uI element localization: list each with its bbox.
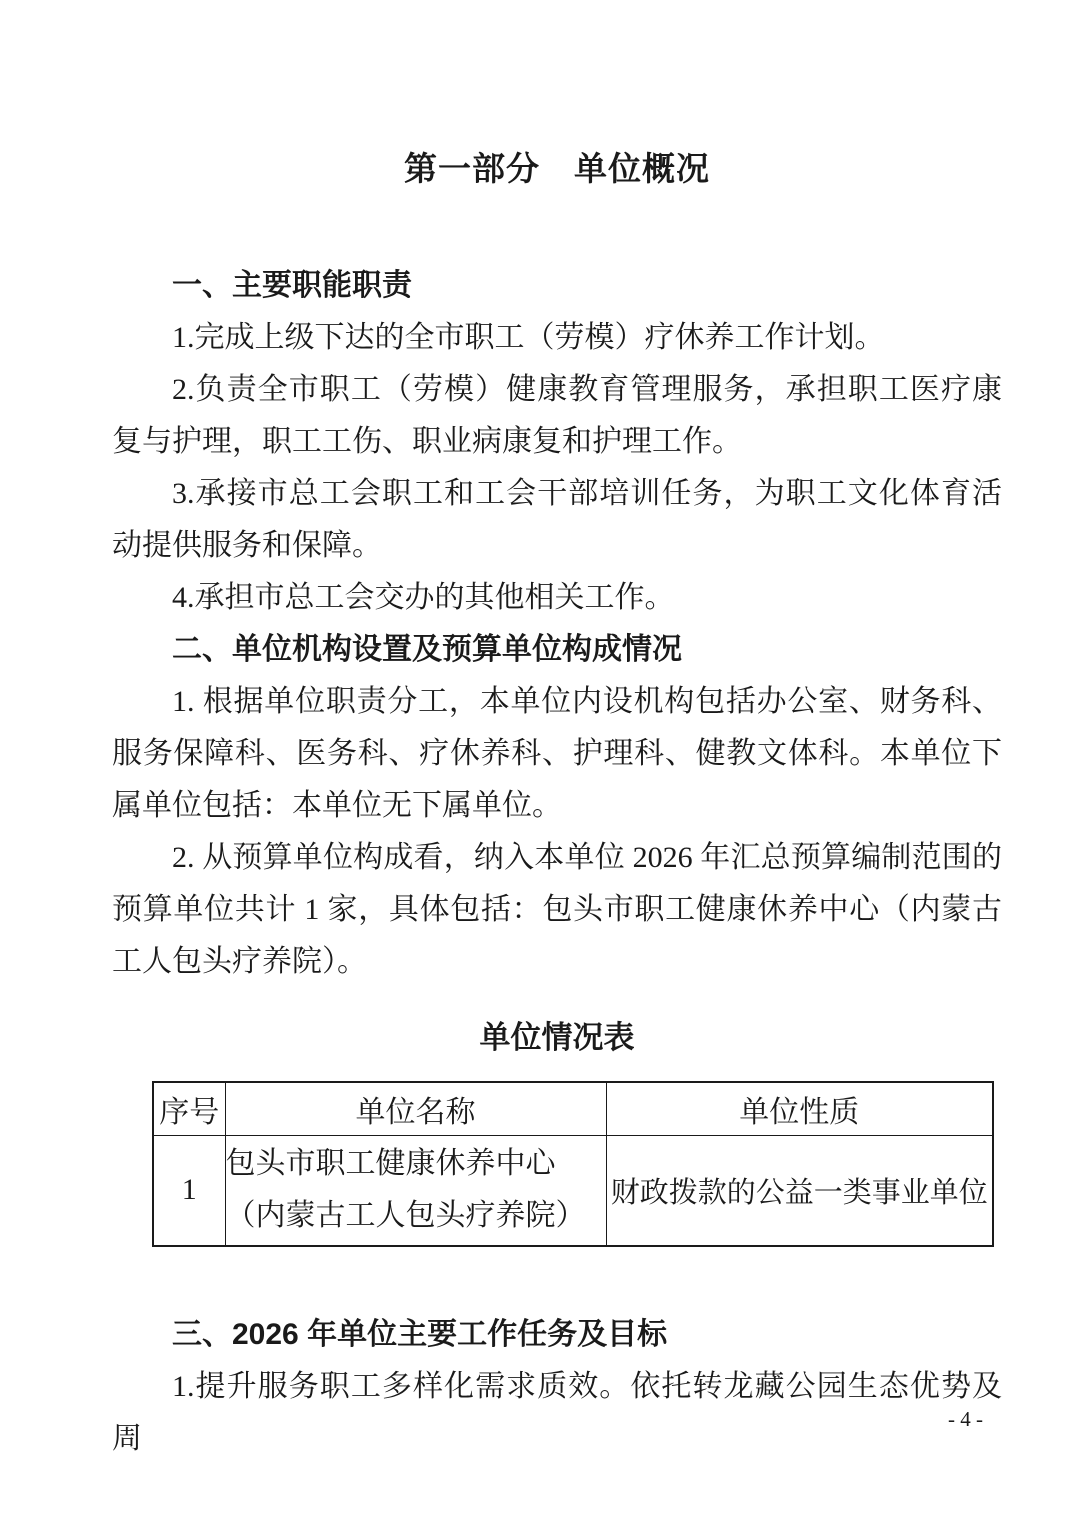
section-1-paragraph-3: 3.承接市总工会职工和工会干部培训任务，为职工文化体育活动提供服务和保障。 bbox=[112, 468, 1002, 572]
table-header-unit-nature: 单位性质 bbox=[606, 1082, 993, 1135]
table-row: 1 包头市职工健康休养中心（内蒙古工人包头疗养院） 财政拨款的公益一类事业单位 bbox=[153, 1135, 993, 1246]
page-content: 第一部分 单位概况 一、主要职能职责 1.完成上级下达的全市职工（劳模）疗休养工… bbox=[0, 142, 1075, 1465]
table-cell-unit-nature: 财政拨款的公益一类事业单位 bbox=[606, 1135, 993, 1246]
section-2-paragraph-1: 1. 根据单位职责分工，本单位内设机构包括办公室、财务科、服务保障科、医务科、疗… bbox=[112, 676, 1002, 832]
table-cell-serial: 1 bbox=[153, 1135, 225, 1246]
section-1-heading: 一、主要职能职责 bbox=[112, 260, 1002, 312]
section-3-paragraph-1: 1.提升服务职工多样化需求质效。依托转龙藏公园生态优势及周 bbox=[112, 1361, 1002, 1465]
document-page: 第一部分 单位概况 一、主要职能职责 1.完成上级下达的全市职工（劳模）疗休养工… bbox=[0, 0, 1075, 1520]
section-1-paragraph-1: 1.完成上级下达的全市职工（劳模）疗休养工作计划。 bbox=[112, 312, 1002, 364]
unit-table-caption: 单位情况表 bbox=[112, 1012, 1002, 1064]
table-header-unit-name: 单位名称 bbox=[225, 1082, 606, 1135]
table-cell-unit-name: 包头市职工健康休养中心（内蒙古工人包头疗养院） bbox=[225, 1135, 606, 1246]
page-title: 第一部分 单位概况 bbox=[112, 142, 1002, 198]
section-2-paragraph-2: 2. 从预算单位构成看，纳入本单位 2026 年汇总预算编制范围的预算单位共计 … bbox=[112, 832, 1002, 988]
unit-info-table: 序号 单位名称 单位性质 1 包头市职工健康休养中心（内蒙古工人包头疗养院） 财… bbox=[152, 1081, 994, 1247]
section-1-paragraph-4: 4.承担市总工会交办的其他相关工作。 bbox=[112, 572, 1002, 624]
table-header-row: 序号 单位名称 单位性质 bbox=[153, 1082, 993, 1135]
table-header-serial: 序号 bbox=[153, 1082, 225, 1135]
page-number: - 4 - bbox=[948, 1407, 983, 1432]
section-1-paragraph-2: 2.负责全市职工（劳模）健康教育管理服务，承担职工医疗康复与护理，职工工伤、职业… bbox=[112, 364, 1002, 468]
section-2-heading: 二、单位机构设置及预算单位构成情况 bbox=[112, 624, 1002, 676]
section-3-heading: 三、2026 年单位主要工作任务及目标 bbox=[112, 1309, 1002, 1361]
